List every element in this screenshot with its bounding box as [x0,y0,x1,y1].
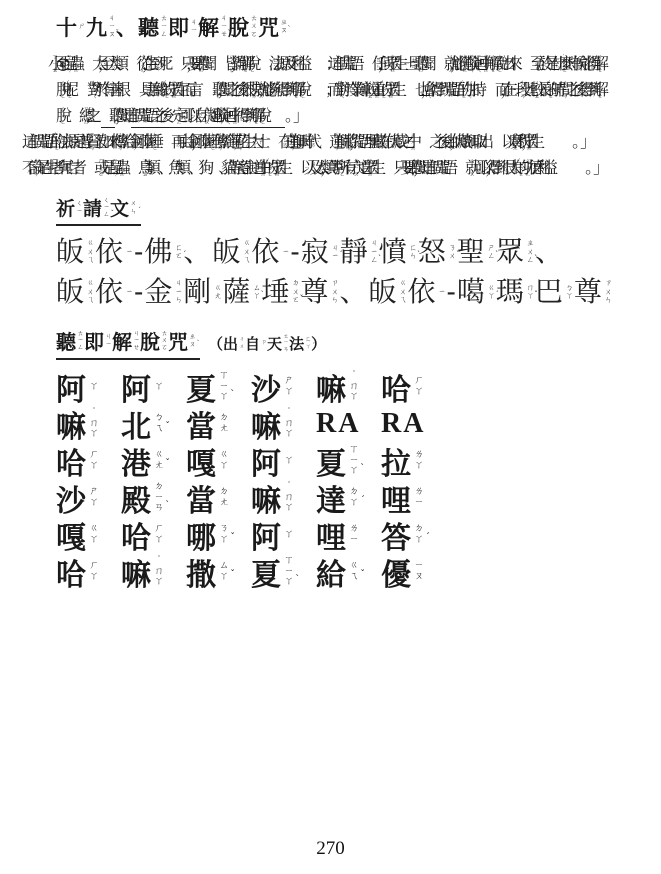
mantra-cell: 北ㄅㄟˇ [121,407,186,441]
mantra-cell: 阿ㄚ [251,518,316,552]
prayer-line-2: 皈ㄍㄨㄟ依ㄧ-金ㄐㄧㄣ剛ㄍㄤ薩ㄙㄚˋ埵ㄉㄨㄛˇ尊ㄗㄨㄣ、皈ㄍㄨㄟ依ㄧ-噶ㄍㄚˊ瑪… [56,272,631,312]
underlined-text-segment: 聽ㄊㄧㄥ聞ㄨㄣˊ這ㄓㄜˋ個ㄍㄜˋ咒ㄓㄡˋ語ㄩˇ之ㄓ後ㄏㄡˋ一ㄧ定ㄉㄧㄥˋ可ㄎㄜˇ… [131,108,285,128]
mantra-cell: 當ㄉㄤ [186,407,251,441]
mantra-cell: 港ㄍㄤˇ [121,444,186,478]
mantra-cell: 嘛˙ㄇㄚ [251,407,316,441]
mantra-cell: 沙ㄕㄚ [56,481,121,515]
mantra-cell: 哈ㄏㄚ [56,444,121,478]
mantra-cell: 嘎ㄍㄚ [56,518,121,552]
mantra-cell: 哈ㄏㄚ [381,370,446,404]
mantra-cell: 嘛˙ㄇㄚ [56,407,121,441]
mantra-cell: 阿ㄚ [121,370,186,404]
text-segment: 「這ㄓㄜˋ個ㄍㄜˋ咒ㄓㄡˋ語ㄩˇ的˙ㄉㄜ法ㄈㄚˇ源ㄩㄢˊ是ㄕˋ普ㄆㄨˇ賢ㄒㄧㄢˊ… [42,134,596,151]
mantra-cell: 嘛˙ㄇㄚ [121,555,186,589]
book-page: 十ㄕˊ九ㄐㄧㄡˇ、聽ㄊㄧㄥ即ㄐㄧˊ解ㄐㄧㄝˇ脫ㄊㄨㄛ咒ㄓㄡˋ ◎小ㄒㄧㄠˇ至ㄓˋ… [0,0,661,874]
mantra-cell: 嘛˙ㄇㄚ [251,481,316,515]
mantra-heading: 聽ㄊㄧㄥ即ㄐㄧˊ解ㄐㄧㄝˇ脫ㄊㄨㄛ咒ㄓㄡˋ（出ㄔㄨ自ㄗˋ天ㄊㄧㄢ法ㄈㄚˇ） [56,326,631,360]
mantra-cell: 沙ㄕㄚ [251,370,316,404]
mantra-cell: 嘎ㄍㄚ [186,444,251,478]
mantra-cell: 哈ㄏㄚ [121,518,186,552]
mantra-cell: RA [316,407,381,441]
prayer-text: 皈ㄍㄨㄟ依ㄧ-佛ㄈㄛˊ、皈ㄍㄨㄟ依ㄧ-寂ㄐㄧˊ靜ㄐㄧㄥˋ憤ㄈㄣˋ怒ㄋㄨˋ聖ㄕㄥˋ… [56,232,631,312]
mantra-cell: 當ㄉㄤ [186,481,251,515]
paragraph-benefits: 「不ㄅㄨˋ論ㄌㄨㄣˋ是ㄕˋ生ㄕㄥ者ㄓㄜˇ與ㄩˇ亡ㄨㄤˊ者ㄓㄜˇ、或ㄏㄨㄛˋ是ㄕˋ… [56,156,622,182]
text-segment: 。」 [285,108,309,125]
text-segment: 「不ㄅㄨˋ論ㄌㄨㄣˋ是ㄕˋ生ㄕㄥ者ㄓㄜˇ與ㄩˇ亡ㄨㄤˊ者ㄓㄜˇ、或ㄏㄨㄛˋ是ㄕˋ… [42,160,609,177]
mantra-cell: 給ㄍㄟˇ [316,555,381,589]
prayer-line-1: 皈ㄍㄨㄟ依ㄧ-佛ㄈㄛˊ、皈ㄍㄨㄟ依ㄧ-寂ㄐㄧˊ靜ㄐㄧㄥˋ憤ㄈㄣˋ怒ㄋㄨˋ聖ㄕㄥˋ… [56,232,631,272]
mantra-cell: 哪ㄋㄚˇ [186,518,251,552]
mantra-cell: 夏ㄒㄧㄚˋ [316,444,381,478]
mantra-source-note: （出ㄔㄨ自ㄗˋ天ㄊㄧㄢ法ㄈㄚˇ） [208,337,326,353]
mantra-cell: 優ㄧㄡ [381,555,446,589]
mantra-heading-text: 聽ㄊㄧㄥ即ㄐㄧˊ解ㄐㄧㄝˇ脫ㄊㄨㄛ咒ㄓㄡˋ [56,326,200,360]
mantra-cell: RA [381,407,446,441]
mantra-cell: 嘛˙ㄇㄚ [316,370,381,404]
body-text: ◎小ㄒㄧㄠˇ至ㄓˋ昆ㄎㄨㄣ蟲ㄔㄨㄥˊ，大ㄉㄚˋ至ㄓˋ人ㄖㄣˊ類ㄌㄟˋ，從ㄘㄨㄥˊ… [56,52,622,182]
mantra-grid: 阿ㄚ阿ㄚ夏ㄒㄧㄚˋ沙ㄕㄚ嘛˙ㄇㄚ哈ㄏㄚ嘛˙ㄇㄚ北ㄅㄟˇ當ㄉㄤ嘛˙ㄇㄚRARA哈ㄏ… [56,370,631,589]
mantra-cell: 答ㄉㄚˊ [381,518,446,552]
mantra-cell: 殿ㄉㄧㄢˋ [121,481,186,515]
prayer-heading-text: 祈ㄑㄧˊ請ㄑㄧㄥˇ文ㄨㄣˊ [56,194,141,226]
mantra-cell: 哈ㄏㄚ [56,555,121,589]
chapter-title: 十ㄕˊ九ㄐㄧㄡˇ、聽ㄊㄧㄥ即ㄐㄧˊ解ㄐㄧㄝˇ脫ㄊㄨㄛ咒ㄓㄡˋ [56,12,631,42]
mantra-cell: 哩ㄌㄧ [381,481,446,515]
page-number: 270 [0,838,661,860]
mantra-cell: 達ㄉㄚˊ [316,481,381,515]
mantra-cell: 阿ㄚ [251,444,316,478]
mantra-cell: 拉ㄌㄚ [381,444,446,478]
mantra-cell: 撒ㄙㄚˇ [186,555,251,589]
prayer-heading: 祈ㄑㄧˊ請ㄑㄧㄥˇ文ㄨㄣˊ [56,194,631,226]
mantra-cell: 夏ㄒㄧㄚˋ [186,370,251,404]
paragraph-intro: ◎小ㄒㄧㄠˇ至ㄓˋ昆ㄎㄨㄣ蟲ㄔㄨㄥˊ，大ㄉㄚˋ至ㄓˋ人ㄖㄣˊ類ㄌㄟˋ，從ㄘㄨㄥˊ… [56,52,622,130]
mantra-cell: 哩ㄌㄧ [316,518,381,552]
mantra-cell: 夏ㄒㄧㄚˋ [251,555,316,589]
paragraph-origin: 「這ㄓㄜˋ個ㄍㄜˋ咒ㄓㄡˋ語ㄩˇ的˙ㄉㄜ法ㄈㄚˇ源ㄩㄢˊ是ㄕˋ普ㄆㄨˇ賢ㄒㄧㄢˊ… [56,130,622,156]
mantra-cell: 阿ㄚ [56,370,121,404]
